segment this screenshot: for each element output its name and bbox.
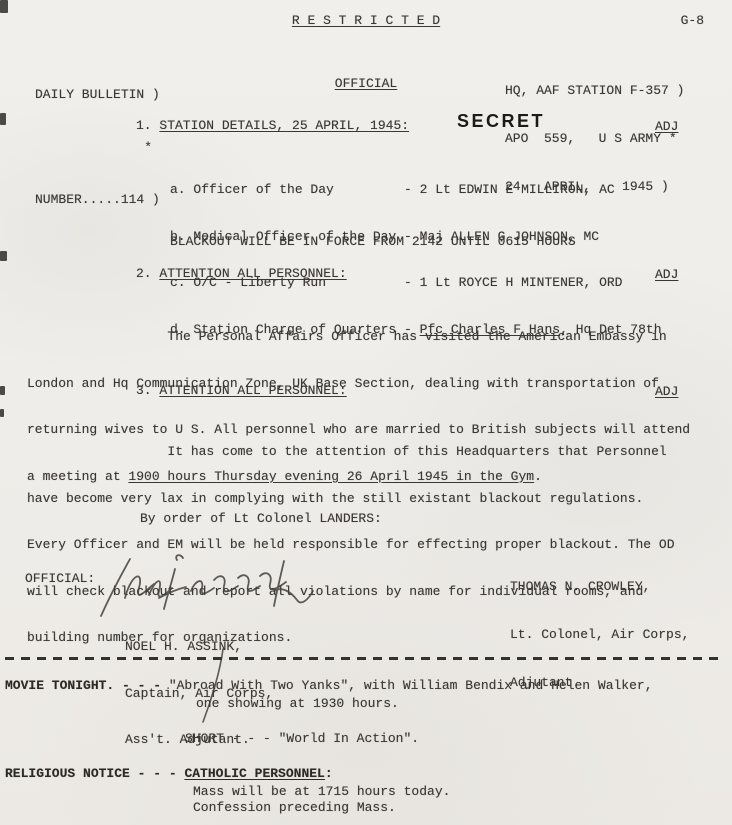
scan-smudge bbox=[0, 386, 5, 395]
short-text: "World In Action". bbox=[279, 731, 419, 746]
short-notice: SHORT - - - "World In Action". bbox=[185, 731, 419, 746]
paragraph-line: It has come to the attention of this Hea… bbox=[27, 444, 675, 460]
confession-line: Confession preceding Mass. bbox=[193, 800, 396, 815]
movie-notice: MOVIE TONIGHT. - - - "Abroad With Two Ya… bbox=[5, 678, 653, 693]
scan-smudge bbox=[0, 251, 7, 261]
duty-roster-row: a. Officer of the Day - 2 Lt EDWIN E MIL… bbox=[170, 182, 662, 198]
official-label: OFFICIAL: bbox=[25, 571, 95, 586]
scan-smudge bbox=[0, 409, 4, 417]
section-3-title: ATTENTION ALL PERSONNEL: bbox=[159, 383, 346, 398]
paragraph-line: have become very lax in complying with t… bbox=[27, 491, 675, 507]
short-dashes: - - - bbox=[224, 731, 279, 746]
section-2-heading: 2. ATTENTION ALL PERSONNEL: bbox=[136, 266, 347, 281]
adjutant-name: THOMAS N. CROWLEY, bbox=[510, 579, 689, 595]
section-2-number: 2. bbox=[136, 266, 159, 281]
section-1-heading: 1. STATION DETAILS, 25 APRIL, 1945: bbox=[136, 118, 409, 133]
movie-label: MOVIE TONIGHT. bbox=[5, 678, 114, 693]
section-1-number: 1. bbox=[136, 118, 159, 133]
scan-smudge bbox=[0, 113, 6, 125]
religious-notice: RELIGIOUS NOTICE - - - CATHOLIC PERSONNE… bbox=[5, 766, 333, 781]
section-1-adj-tag: ADJ bbox=[655, 119, 678, 134]
masthead-asterisk: * bbox=[35, 139, 160, 157]
religious-colon: : bbox=[325, 766, 333, 781]
section-1-title: STATION DETAILS, 25 APRIL, 1945: bbox=[159, 118, 409, 133]
section-2-title: ATTENTION ALL PERSONNEL: bbox=[159, 266, 346, 281]
scan-smudge bbox=[0, 0, 8, 13]
religious-dashes: - - - bbox=[130, 766, 185, 781]
movie-dashes: - - - bbox=[114, 678, 169, 693]
document-page: R E S T R I C T E D G-8 DAILY BULLETIN )… bbox=[0, 0, 732, 825]
duty-value: - 1 Lt ROYCE H MINTENER, ORD bbox=[404, 275, 622, 290]
station-line: HQ, AAF STATION F-357 ) bbox=[505, 83, 684, 99]
by-order-line: By order of Lt Colonel LANDERS: bbox=[140, 511, 382, 526]
classification-banner: R E S T R I C T E D bbox=[0, 13, 732, 28]
section-3-adj-tag: ADJ bbox=[655, 384, 678, 399]
blackout-notice: BLACKOUT WILL BE IN FORCE FROM 2142 UNTI… bbox=[170, 234, 576, 249]
section-2-adj-tag: ADJ bbox=[655, 267, 678, 282]
religious-label: RELIGIOUS NOTICE bbox=[5, 766, 130, 781]
dashed-separator bbox=[5, 657, 724, 660]
section-3-heading: 3. ATTENTION ALL PERSONNEL: bbox=[136, 383, 347, 398]
duty-value: - 2 Lt EDWIN E MILLIRON, AC bbox=[404, 182, 615, 197]
religious-heading: CATHOLIC PERSONNEL bbox=[184, 766, 324, 781]
secret-stamp: SECRET bbox=[457, 111, 545, 132]
adjutant-signature-block: THOMAS N. CROWLEY, Lt. Colonel, Air Corp… bbox=[510, 547, 689, 723]
adjutant-rank: Lt. Colonel, Air Corps, bbox=[510, 627, 689, 643]
paragraph-line: London and Hq Communication Zone, UK Bas… bbox=[27, 376, 690, 392]
duty-label: a. Officer of the Day bbox=[170, 182, 404, 197]
page-code: G-8 bbox=[681, 13, 704, 28]
pen-mark bbox=[197, 646, 227, 726]
short-label: SHORT bbox=[185, 731, 224, 746]
paragraph-line: The Personal Affairs Officer has visited… bbox=[27, 329, 690, 345]
section-3-number: 3. bbox=[136, 383, 159, 398]
movie-text: "Abroad With Two Yanks", with William Be… bbox=[169, 678, 653, 693]
mass-time-line: Mass will be at 1715 hours today. bbox=[193, 784, 450, 799]
bulletin-number: NUMBER.....114 ) bbox=[35, 191, 160, 209]
